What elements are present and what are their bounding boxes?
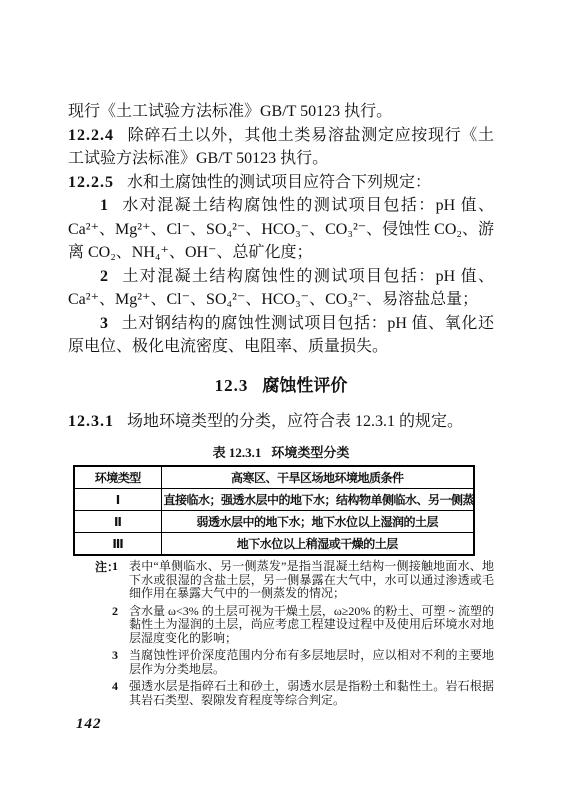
table-notes: 注： 1 表中“单侧临水、另一侧蒸发”是指当混凝土结构一侧接触地面水、地下水或很…: [68, 560, 494, 707]
item-number: 1: [100, 197, 108, 214]
note-item-4: 4 强透水层是指碎石土和砂土，弱透水层是指粉土和黏性土。岩石根据其岩石类型、裂隙…: [112, 680, 494, 707]
section-number: 12.3: [215, 376, 249, 395]
table-header-row: 环境类型 高寒区、干旱区场地环境地质条件: [74, 466, 474, 489]
note-number: 4: [112, 680, 129, 707]
clause-12-2-5: 12.2.5水和土腐蚀性的测试项目应符合下列规定：: [68, 171, 494, 195]
item-text: 水对混凝土结构腐蚀性的测试项目包括：pH 值、Ca²⁺、Mg²⁺、Cl⁻、SO₄…: [68, 197, 494, 261]
item-text: 土对混凝土结构腐蚀性的测试项目包括：pH 值、Ca²⁺、Mg²⁺、Cl⁻、SO₄…: [68, 268, 494, 309]
clause-12-3-1: 12.3.1场地环境类型的分类，应符合表 12.3.1 的规定。: [68, 410, 494, 434]
table-row: Ⅱ 弱透水层中的地下水；地下水位以上湿润的土层: [74, 511, 474, 533]
cell-condition: 地下水位以上稍湿或干燥的土层: [161, 533, 474, 556]
note-text: 表中“单侧临水、另一侧蒸发”是指当混凝土结构一侧接触地面水、地下水或很湿的含盐土…: [129, 560, 494, 601]
clause-number: 12.3.1: [68, 413, 114, 430]
list-item-3: 3土对钢结构的腐蚀性测试项目包括：pH 值、氧化还原电位、极化电流密度、电阻率、…: [68, 312, 494, 359]
item-number: 3: [100, 315, 108, 332]
cell-condition: 弱透水层中的地下水；地下水位以上湿润的土层: [161, 511, 474, 533]
note-text: 强透水层是指碎石土和砂土，弱透水层是指粉土和黏性土。岩石根据其岩石类型、裂隙发育…: [129, 680, 494, 707]
note-number: 3: [112, 649, 129, 676]
note-item-3: 3 当腐蚀性评价深度范围内分布有多层地层时，应以相对不利的主要地层作为分类地层。: [112, 649, 494, 676]
table-caption: 表 12.3.1环境类型分类: [68, 445, 494, 460]
header-cell-env-type: 环境类型: [74, 466, 161, 489]
note-text: 含水量 ω<3% 的土层可视为干燥土层，ω≥20% 的粉土、可塑 ~ 流塑的黏性…: [129, 605, 494, 646]
clause-number: 12.2.5: [68, 174, 114, 191]
cell-env-type: Ⅱ: [74, 511, 161, 533]
paragraph-continuation: 现行《土工试验方法标准》GB/T 50123 执行。: [68, 100, 494, 124]
clause-12-2-4: 12.2.4除碎石土以外，其他土类易溶盐测定应按现行《土工试验方法标准》GB/T…: [68, 124, 494, 171]
page-content: 现行《土工试验方法标准》GB/T 50123 执行。 12.2.4除碎石土以外，…: [68, 100, 494, 733]
section-heading-12-3: 12.3腐蚀性评价: [68, 374, 494, 398]
note-item-1: 1 表中“单侧临水、另一侧蒸发”是指当混凝土结构一侧接触地面水、地下水或很湿的含…: [112, 560, 494, 601]
paragraph-text: 现行《土工试验方法标准》GB/T 50123 执行。: [68, 103, 392, 120]
note-text: 当腐蚀性评价深度范围内分布有多层地层时，应以相对不利的主要地层作为分类地层。: [129, 649, 494, 676]
table-row: Ⅲ 地下水位以上稍湿或干燥的土层: [74, 533, 474, 556]
clause-text: 场地环境类型的分类，应符合表 12.3.1 的规定。: [127, 413, 463, 430]
item-number: 2: [100, 268, 108, 285]
environment-type-table: 环境类型 高寒区、干旱区场地环境地质条件 Ⅰ 直接临水；强透水层中的地下水；结构…: [73, 465, 475, 556]
clause-number: 12.2.4: [68, 127, 114, 144]
table-caption-title: 环境类型分类: [271, 445, 349, 460]
table-caption-number: 表 12.3.1: [213, 445, 262, 460]
cell-env-type: Ⅲ: [74, 533, 161, 556]
note-item-2: 2 含水量 ω<3% 的土层可视为干燥土层，ω≥20% 的粉土、可塑 ~ 流塑的…: [112, 605, 494, 646]
section-title: 腐蚀性评价: [262, 376, 347, 395]
cell-condition: 直接临水；强透水层中的地下水；结构物单侧临水、另一侧蒸发: [161, 489, 474, 511]
page-number: 142: [76, 716, 494, 733]
notes-label: 注：: [95, 561, 119, 575]
document-page: 现行《土工试验方法标准》GB/T 50123 执行。 12.2.4除碎石土以外，…: [0, 0, 561, 804]
list-item-2: 2土对混凝土结构腐蚀性的测试项目包括：pH 值、Ca²⁺、Mg²⁺、Cl⁻、SO…: [68, 265, 494, 312]
note-number: 2: [112, 605, 129, 646]
clause-text: 除碎石土以外，其他土类易溶盐测定应按现行《土工试验方法标准》GB/T 50123…: [68, 127, 494, 168]
header-cell-conditions: 高寒区、干旱区场地环境地质条件: [161, 466, 474, 489]
clause-text: 水和土腐蚀性的测试项目应符合下列规定：: [127, 174, 431, 191]
list-item-1: 1水对混凝土结构腐蚀性的测试项目包括：pH 值、Ca²⁺、Mg²⁺、Cl⁻、SO…: [68, 194, 494, 265]
table-row: Ⅰ 直接临水；强透水层中的地下水；结构物单侧临水、另一侧蒸发: [74, 489, 474, 511]
item-text: 土对钢结构的腐蚀性测试项目包括：pH 值、氧化还原电位、极化电流密度、电阻率、质…: [68, 315, 494, 356]
cell-env-type: Ⅰ: [74, 489, 161, 511]
